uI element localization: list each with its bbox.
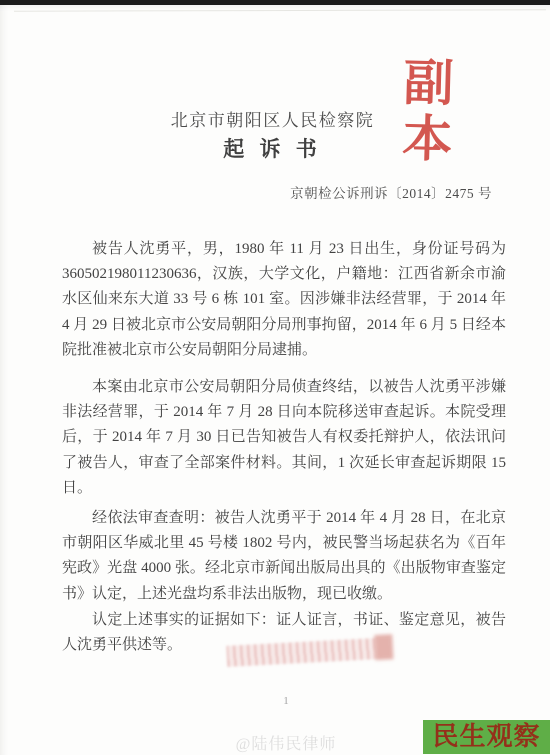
paragraph-defendant-info: 被告人沈勇平，男，1980 年 11 月 23 日出生，身份证号码为 36050…	[62, 237, 506, 363]
paragraph-case-procedure: 本案由北京市公安局朝阳分局侦查终结，以被告人沈勇平涉嫌非法经营罪，于 2014 …	[62, 375, 506, 501]
case-number: 京朝检公诉刑诉〔2014〕2475 号	[0, 182, 492, 202]
site-badge: 民生观察	[423, 720, 550, 754]
paper-edge-line	[14, 9, 546, 11]
document-page: 副本 北京市朝阳区人民检察院 起 诉 书 京朝检公诉刑诉〔2014〕2475 号…	[0, 5, 550, 755]
procuratorate-name: 北京市朝阳区人民检察院	[0, 106, 545, 131]
document-title: 起 诉 书	[0, 133, 545, 163]
paragraph-findings: 经依法审查查明：被告人沈勇平于 2014 年 4 月 28 日，在北京市朝阳区华…	[62, 506, 506, 607]
page-number: 1	[0, 695, 550, 707]
document-body: 被告人沈勇平，男，1980 年 11 月 23 日出生，身份证号码为 36050…	[62, 237, 506, 658]
